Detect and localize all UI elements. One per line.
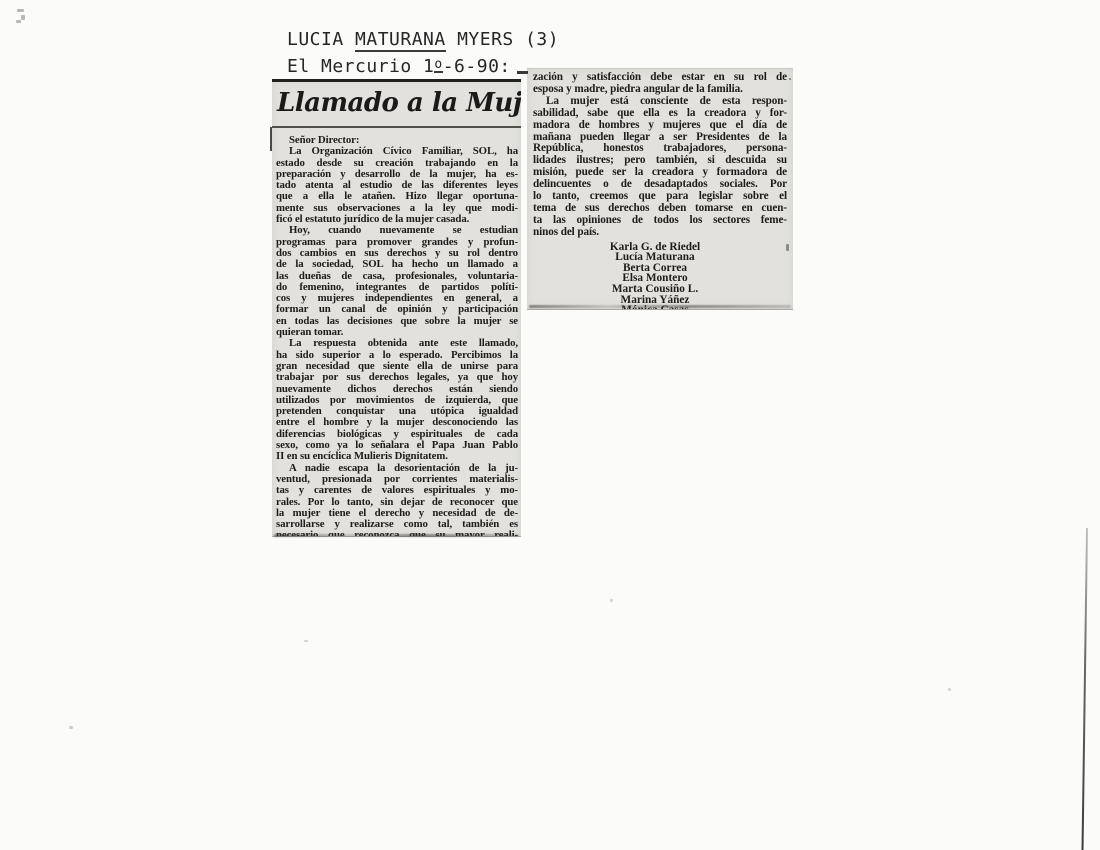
- printed-text-line: misión, puede ser la creadora y formador…: [533, 167, 787, 179]
- printed-text-line: mente sus observaciones a la ley que mod…: [276, 203, 518, 214]
- printed-text-line: La Organización Cívico Familiar, SOL, ha: [276, 146, 518, 157]
- printed-text-line: República, honestos trabajadores, person…: [533, 143, 787, 155]
- clipping-left-column: Llamado a la Mujer Señor Director:La Org…: [272, 79, 521, 536]
- printed-text-line: La respuesta obtenida ante este llamado,: [276, 338, 518, 349]
- scan-speck: [21, 15, 25, 20]
- scan-speck: [789, 78, 791, 80]
- printed-text-line: tema de sus derechos deben tomarse en cu…: [533, 203, 787, 215]
- printed-text-line: ficó el estatuto jurídico de la mujer ca…: [276, 214, 518, 225]
- printed-text-line: do femenino, integrantes de partidos pol…: [276, 282, 518, 293]
- printed-text-line: ninos del país.: [533, 227, 787, 239]
- signatures-block: Karla G. de RiedelLucía MaturanaBerta Co…: [527, 239, 793, 309]
- scan-speck: [17, 9, 24, 12]
- printed-text-line: ta las opiniones de todos los sectores f…: [533, 215, 787, 227]
- printed-text-line: madora de hombres y mujeres que el día d…: [533, 120, 787, 132]
- printed-text-line: sexo, como ya lo señalara el Papa Juan P…: [276, 440, 518, 451]
- printed-text-line: diferencias biológicas y espirituales de…: [276, 429, 518, 440]
- printed-text-line: de la sociedad, SOL ha hecho un llamado …: [276, 259, 518, 270]
- scan-speck: [610, 599, 613, 602]
- annotation-name-pre: LUCIA: [287, 29, 355, 50]
- scan-canvas: LUCIA MATURANA MYERS (3) El Mercurio 1o-…: [0, 0, 1100, 850]
- scan-edge-artifact-line: [1081, 528, 1088, 850]
- right-column-text: zación y satisfacción debe estar en su r…: [527, 69, 793, 239]
- clipping-right-column: zación y satisfacción debe estar en su r…: [527, 68, 793, 309]
- scan-speck: [948, 688, 951, 691]
- headline: Llamado a la Mujer: [277, 88, 519, 119]
- left-clip-bottom-smudge: [274, 534, 519, 537]
- scan-speck: [304, 640, 308, 642]
- printed-text-line: utilizados por movimientos de izquierda,…: [276, 395, 518, 406]
- printed-text-line: lidades ilustres; pero también, si descu…: [533, 155, 787, 167]
- printed-text-line: ventud, presionada por corrientes materi…: [276, 474, 518, 485]
- annotation-ordinal-mark: o: [434, 59, 442, 73]
- printed-text-line: Hoy, cuando nuevamente se estudian: [276, 225, 518, 236]
- printed-text-line: quieran tomar.: [276, 327, 518, 338]
- annotation-source-line: El Mercurio 1o-6-90:: [287, 53, 559, 80]
- printed-text-line: cos y mujeres independientes en general,…: [276, 293, 518, 304]
- printed-text-line: nuevamente dichos derechos están siendo: [276, 384, 518, 395]
- left-column-text: Señor Director:La Organización Cívico Fa…: [272, 128, 521, 536]
- printed-text-line: Señor Director:: [276, 135, 518, 146]
- annotation-name-line: LUCIA MATURANA MYERS (3): [287, 26, 559, 53]
- annotation-name-underlined: MATURANA: [355, 29, 446, 52]
- printed-text-line: que a ella le atañen. Hizo llegar oportu…: [276, 191, 518, 202]
- printed-text-line: tado atenta al estudio de las diferentes…: [276, 180, 518, 191]
- printed-text-line: preparación y desarrollo de la mujer, ha…: [276, 169, 518, 180]
- printed-text-line: mañana pueden llegar a ser Presidentes d…: [533, 132, 787, 144]
- printed-text-line: rales. Por lo tanto, sin dejar de recono…: [276, 497, 518, 508]
- scan-speck: [69, 726, 73, 729]
- annotation-name-post: MYERS (3): [446, 29, 559, 50]
- printed-text-line: sabilidad, sabe que ella es la creadora …: [533, 108, 787, 120]
- printed-text-line: formar un canal de opinión y participaci…: [276, 304, 518, 315]
- printed-text-line: sarrollarse y realizarse como tal, tambi…: [276, 519, 518, 530]
- printed-text-line: esposa y madre, piedra angular de la fam…: [533, 84, 787, 96]
- printed-text-line: en todas las decisiones que sobre la muj…: [276, 316, 518, 327]
- printed-text-line: zación y satisfacción debe estar en su r…: [533, 72, 787, 84]
- printed-text-line: delincuentes o de desadaptados sociales.…: [533, 179, 787, 191]
- printed-text-line: La mujer está consciente de esta respon-: [533, 96, 787, 108]
- printed-text-line: tas y carentes de valores espirituales y…: [276, 485, 518, 496]
- right-clip-bottom-smudge: [529, 305, 791, 308]
- printed-text-line: dos cambios en sus derechos y su rol den…: [276, 248, 518, 259]
- annotation-source-pre: El Mercurio 1: [287, 56, 434, 77]
- printed-text-line: II en su encíclica Mulieris Dignitatem.: [276, 451, 518, 462]
- printed-text-line: gran necesidad que siente ella de unirse…: [276, 361, 518, 372]
- printed-text-line: estado desde su creación trabajando en l…: [276, 158, 518, 169]
- scanned-document-page: { "palette": { "page_background": "#fbfb…: [0, 0, 1100, 850]
- printed-text-line: pretenden conquistar una utópica igualda…: [276, 406, 518, 417]
- left-clip-edge-notch: [270, 127, 272, 151]
- scan-speck: [16, 20, 21, 23]
- printed-text-line: ha sido superior a lo esperado. Percibim…: [276, 350, 518, 361]
- annotation-source-post: -6-90:: [443, 56, 511, 77]
- printed-text-line: las dueñas de casa, profesionales, volun…: [276, 271, 518, 282]
- right-clip-left-tick: [517, 71, 528, 74]
- printed-text-line: lo tanto, creemos que para legislar sobr…: [533, 191, 787, 203]
- printed-text-line: A nadie escapa la desorientación de la j…: [276, 463, 518, 474]
- printed-text-line: entre el hombre y la mujer desconociendo…: [276, 417, 518, 428]
- printed-text-line: trabajar por sus derechos legales, ya qu…: [276, 372, 518, 383]
- scan-speck: [786, 244, 789, 251]
- printed-text-line: programas para promover grandes y profun…: [276, 237, 518, 248]
- printed-text-line: la mujer tiene el derecho y necesidad de…: [276, 508, 518, 519]
- headline-box: Llamado a la Mujer: [272, 79, 521, 128]
